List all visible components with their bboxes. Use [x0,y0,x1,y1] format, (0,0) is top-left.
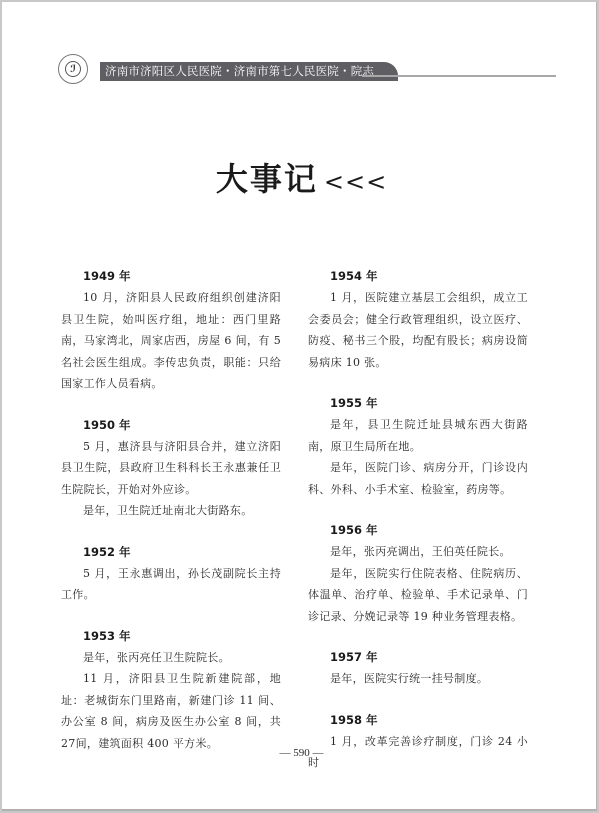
year-entry-1956: 1956 年 是年，张丙亮调出，王伯英任院长。 是年，医院实行住院表格、住院病历… [308,522,528,627]
year-entry-1949: 1949 年 10 月，济阳县人民政府组织创建济阳县卫生院，始叫医疗组，地址：西… [61,268,281,395]
year-entry-1952: 1952 年 5 月，王永惠调出，孙长茂副院长主持工作。 [61,544,281,606]
year-heading: 1953 年 [61,628,281,644]
entry-paragraph: 是年，张丙亮调出，王伯英任院长。 [308,541,528,563]
year-heading: 1949 年 [61,268,281,284]
chapter-title: 大事记<<< [2,154,599,200]
year-heading: 1958 年 [308,712,528,728]
running-header: ℐ 济南市济阳区人民医院・济南市第七人民医院・院志 [58,54,558,84]
year-heading: 1952 年 [61,544,281,560]
right-column: 1954 年 1 月，医院建立基层工会组织，成立工会委员会；健全行政管理组织，设… [308,268,528,796]
year-entry-1950: 1950 年 5 月，惠济县与济阳县合并，建立济阳县卫生院，县政府卫生科科长王永… [61,417,281,522]
entry-paragraph: 是年，医院门诊、病房分开，门诊设内科、外科、小手术室、检验室，药房等。 [308,457,528,500]
page-number: — 590 — [2,747,599,759]
entry-paragraph: 是年，卫生院迁址南北大街路东。 [61,500,281,522]
emblem-glyph: ℐ [65,61,81,77]
year-heading: 1950 年 [61,417,281,433]
left-column: 1949 年 10 月，济阳县人民政府组织创建济阳县卫生院，始叫医疗组，地址：西… [61,268,281,776]
year-entry-1955: 1955 年 是年，县卫生院迁址县城东西大街路南，原卫生局所在地。 是年，医院门… [308,395,528,500]
entry-paragraph: 10 月，济阳县人民政府组织创建济阳县卫生院，始叫医疗组，地址：西门里路南，马家… [61,287,281,395]
entry-paragraph: 11 月，济阳县卫生院新建院部，地址：老城街东门里路南，新建门诊 11 间、办公… [61,668,281,754]
header-rule [362,75,556,77]
year-heading: 1957 年 [308,649,528,665]
entry-paragraph: 5 月，王永惠调出，孙长茂副院长主持工作。 [61,563,281,606]
entry-paragraph: 5 月，惠济县与济阳县合并，建立济阳县卫生院，县政府卫生科科长王永惠兼任卫生院院… [61,436,281,501]
year-heading: 1955 年 [308,395,528,411]
entry-paragraph: 1 月，医院建立基层工会组织，成立工会委员会；健全行政管理组织，设立医疗、防疫、… [308,287,528,373]
chapter-title-arrows: <<< [324,168,387,196]
entry-paragraph: 是年，医院实行统一挂号制度。 [308,668,528,690]
year-entry-1957: 1957 年 是年，医院实行统一挂号制度。 [308,649,528,690]
entry-paragraph: 是年，医院实行住院表格、住院病历、体温单、治疗单、检验单、手术记录单、门诊记录、… [308,563,528,628]
year-entry-1953: 1953 年 是年，张丙亮任卫生院院长。 11 月，济阳县卫生院新建院部，地址：… [61,628,281,755]
year-entry-1958: 1958 年 1 月，改革完善诊疗制度，门诊 24 小时 [308,712,528,774]
header-banner: 济南市济阳区人民医院・济南市第七人民医院・院志 [100,62,398,81]
entry-paragraph: 是年，张丙亮任卫生院院长。 [61,647,281,669]
hospital-emblem-icon: ℐ [58,54,88,84]
chapter-title-text: 大事记 [216,160,318,198]
year-heading: 1954 年 [308,268,528,284]
year-heading: 1956 年 [308,522,528,538]
year-entry-1954: 1954 年 1 月，医院建立基层工会组织，成立工会委员会；健全行政管理组织，设… [308,268,528,373]
entry-paragraph: 是年，县卫生院迁址县城东西大街路南，原卫生局所在地。 [308,414,528,457]
document-page: ℐ 济南市济阳区人民医院・济南市第七人民医院・院志 大事记<<< 1949 年 … [2,2,597,811]
